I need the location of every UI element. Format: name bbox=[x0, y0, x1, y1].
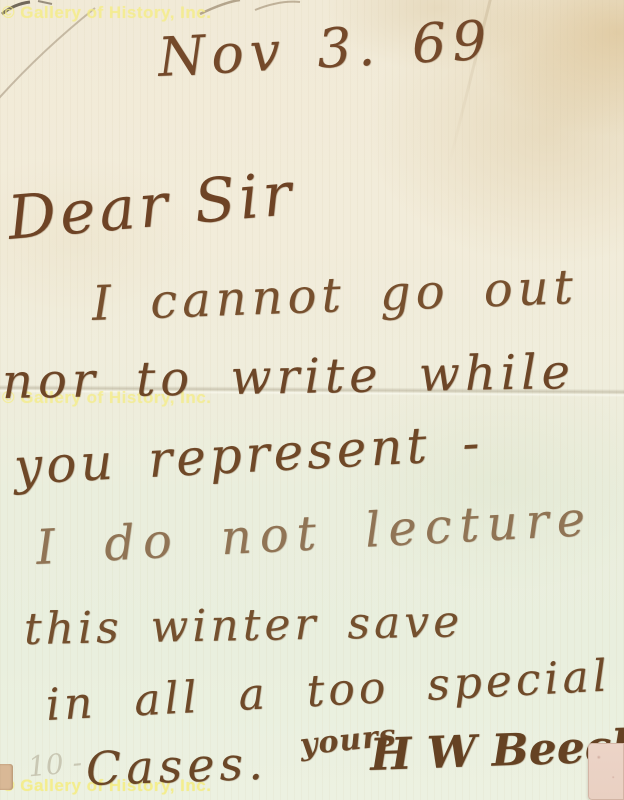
body-line-1: I cannot go out bbox=[91, 259, 579, 332]
body-line-6: in all a too special bbox=[45, 650, 612, 731]
paper-chip bbox=[0, 764, 13, 790]
salutation: Dear Sir bbox=[5, 159, 298, 254]
watermark-top-left: © Gallery of History, Inc. bbox=[2, 3, 211, 23]
body-line-2: nor to write while bbox=[2, 344, 576, 410]
signature-beecher: H W Beecher bbox=[369, 719, 624, 781]
letter-scan-page: © Gallery of History, Inc. © Gallery of … bbox=[0, 0, 624, 800]
body-line-5: this winter save bbox=[24, 596, 464, 655]
pencil-note: 10 - bbox=[27, 746, 84, 784]
tape-residue-patch bbox=[588, 743, 624, 800]
body-line-3: you represent - bbox=[12, 413, 484, 496]
body-line-7: Cases. bbox=[85, 736, 268, 796]
body-line-4: I do not lecture bbox=[35, 491, 595, 576]
